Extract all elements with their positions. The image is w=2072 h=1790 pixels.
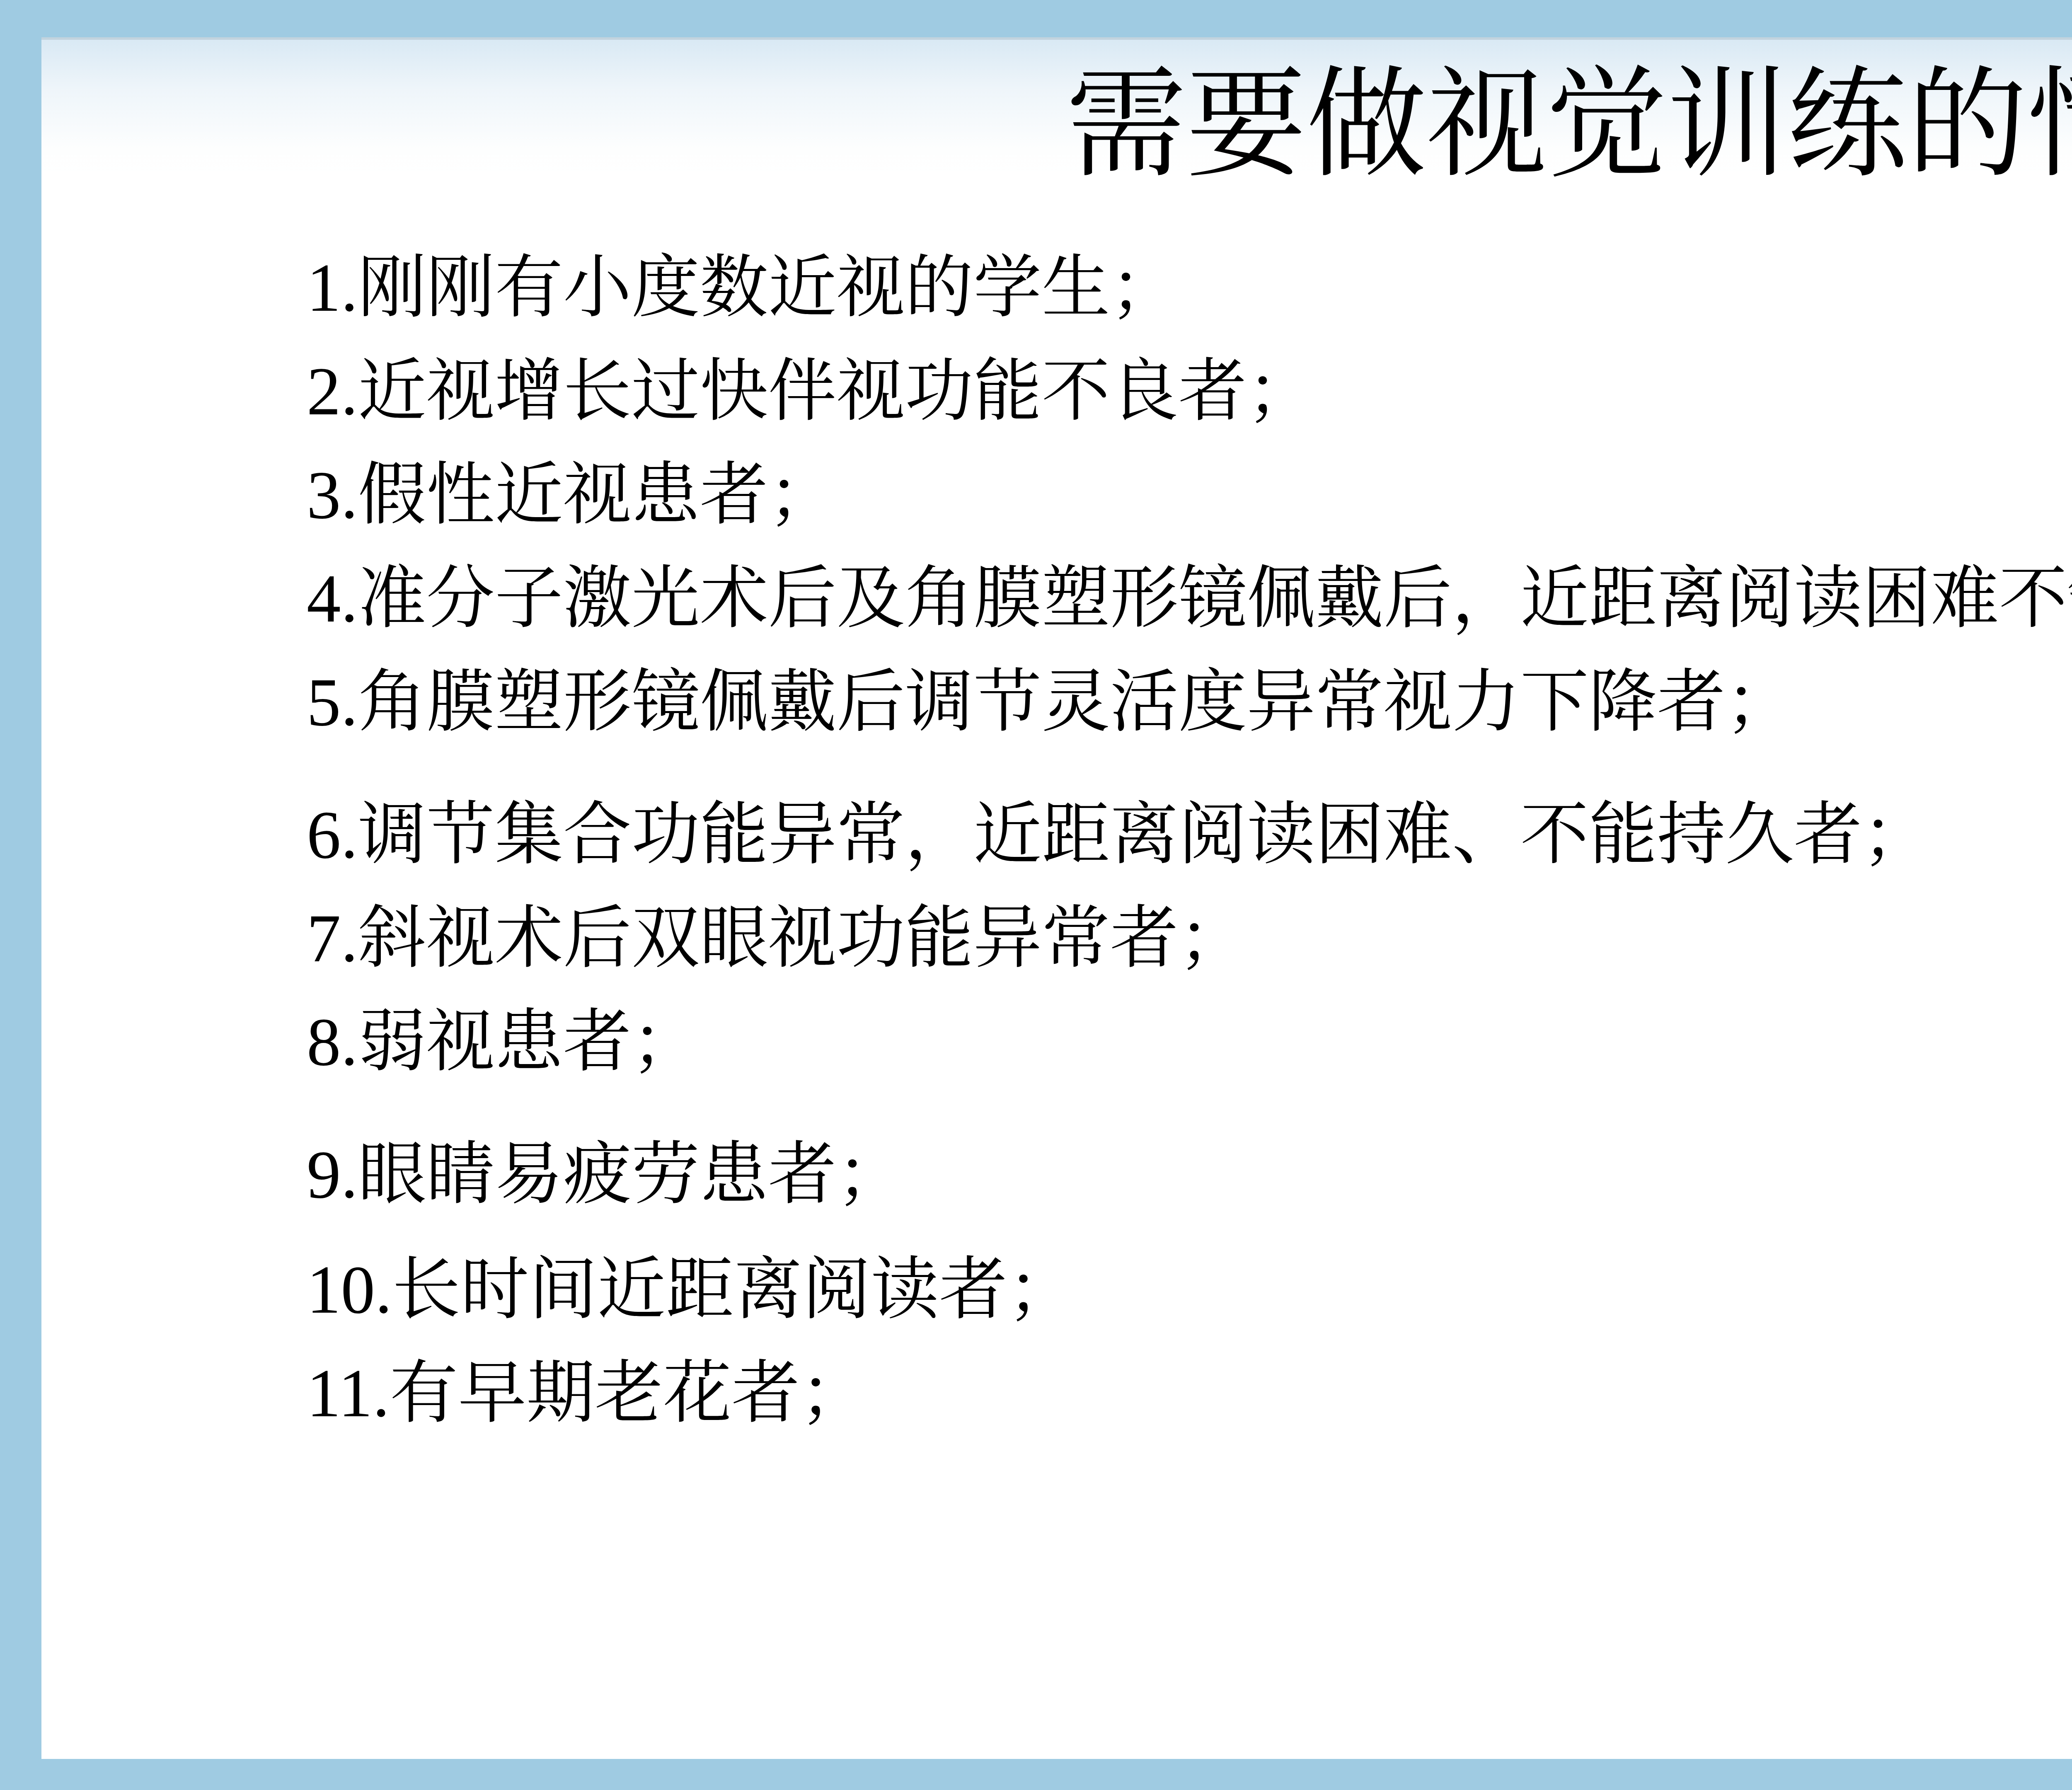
list-item: 10.长时间近距离阅读者； — [307, 1238, 2072, 1342]
list-item: 9.眼睛易疲劳患者； — [307, 1123, 2072, 1226]
list-item: 11.有早期老花者； — [307, 1342, 2072, 1445]
slide-border: 需要做视觉训练的情况 1.刚刚有小度数近视的学生； 2.近视增长过快伴视功能不良… — [0, 0, 2072, 1790]
slide-title: 需要做视觉训练的情况 — [195, 56, 2072, 195]
list-item: 5.角膜塑形镜佩戴后调节灵活度异常视力下降者； — [307, 651, 2072, 754]
list-item: 6.调节集合功能异常，近距离阅读困难、不能持久者； — [307, 783, 2072, 887]
list-item: 8.弱视患者； — [307, 990, 2072, 1094]
list-item: 3.假性近视患者； — [307, 443, 2072, 547]
list-item: 1.刚刚有小度数近视的学生； — [307, 236, 2072, 340]
list-item: 7.斜视术后双眼视功能异常者； — [307, 887, 2072, 990]
list-item: 2.近视增长过快伴视功能不良者； — [307, 340, 2072, 443]
training-situations-list: 1.刚刚有小度数近视的学生； 2.近视增长过快伴视功能不良者； 3.假性近视患者… — [41, 236, 2072, 1445]
list-item: 4.准分子激光术后及角膜塑形镜佩戴后，近距离阅读困难不舒服者； — [307, 547, 2072, 651]
slide: 需要做视觉训练的情况 1.刚刚有小度数近视的学生； 2.近视增长过快伴视功能不良… — [41, 37, 2072, 1759]
